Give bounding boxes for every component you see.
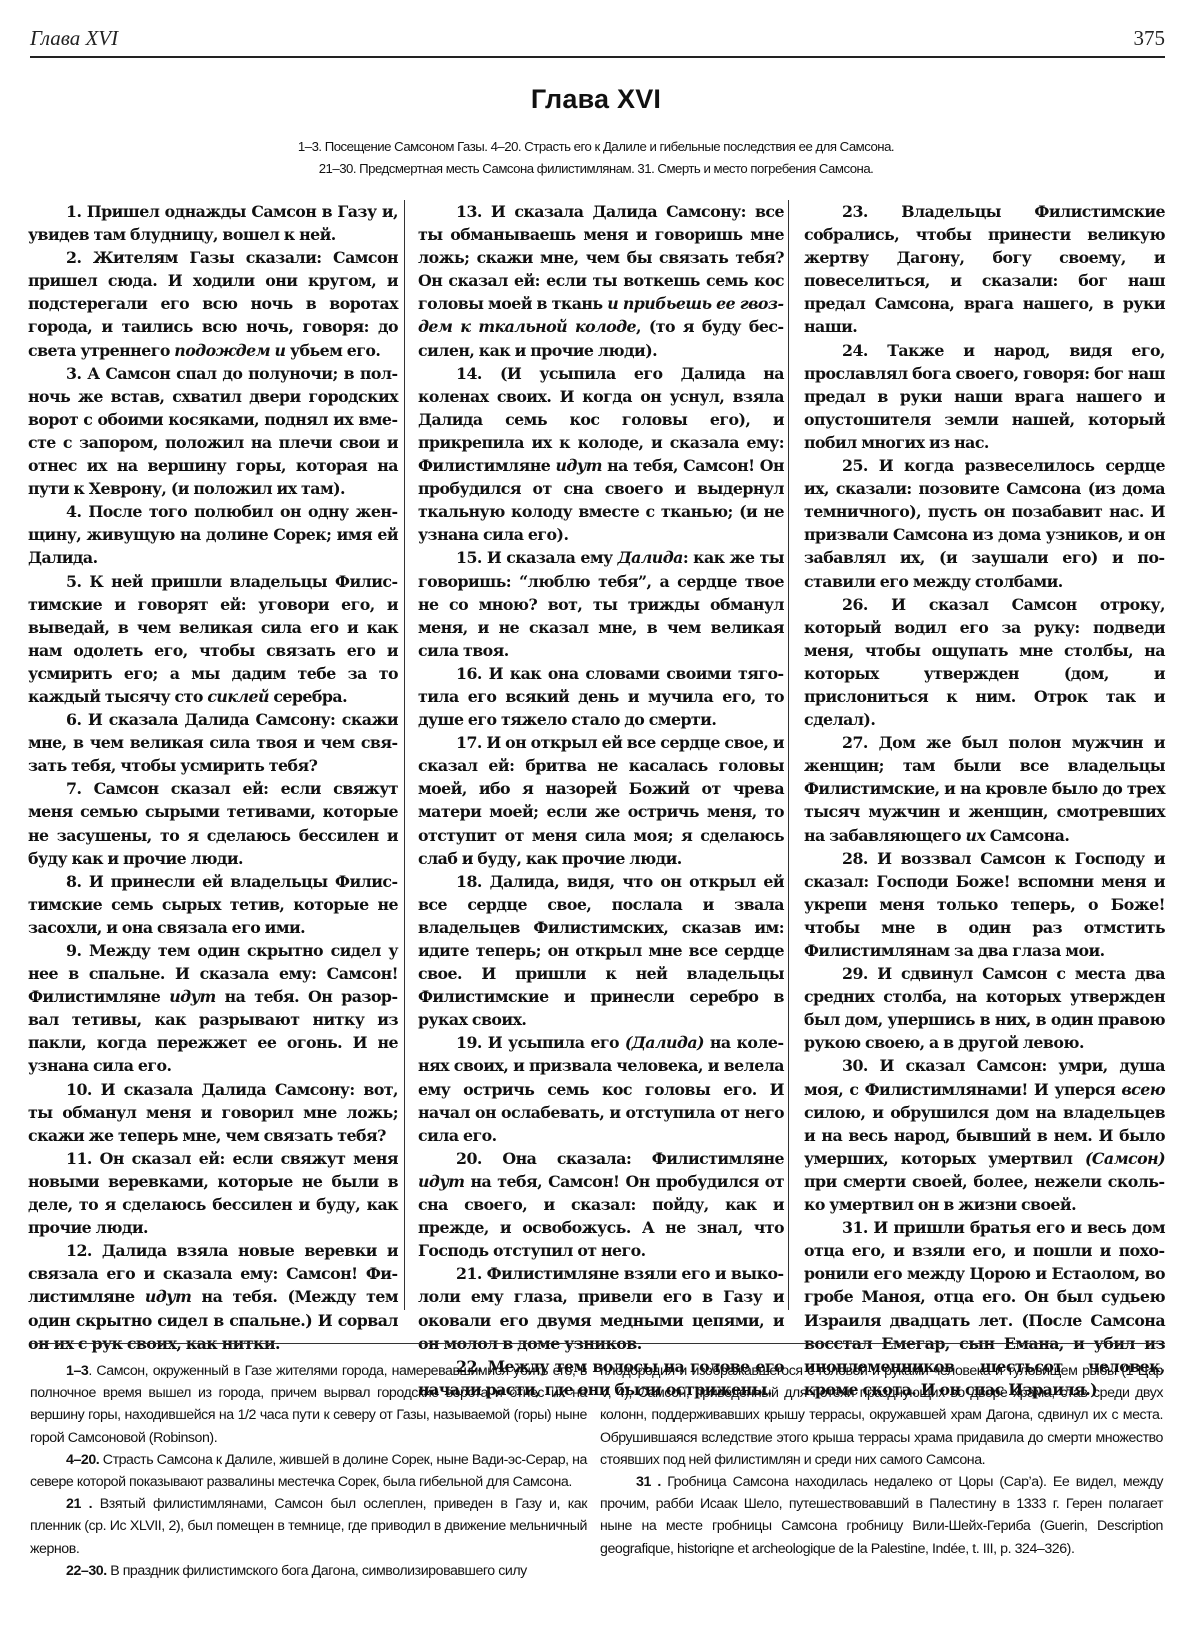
verse: 9. Между тем один скрытно сидел у нее в … bbox=[28, 939, 398, 1078]
verse: 21. Филистимляне взяли его и выко­лоли е… bbox=[418, 1262, 784, 1354]
column-divider bbox=[788, 200, 789, 1310]
column-3: 23. Владельцы Филистимские собра­лись, ч… bbox=[804, 200, 1165, 1401]
column-1: 1. Пришел однажды Самсон в Газу и, увиде… bbox=[28, 200, 398, 1355]
commentary-note: 22–30. В праздник филистимского бога Даг… bbox=[30, 1560, 587, 1582]
verse: 25. И когда развеселилось сердце их, ска… bbox=[804, 454, 1165, 593]
commentary-note: 21 . Взятый филистимлянами, Самсон был о… bbox=[30, 1493, 587, 1560]
commentary-note-continued: плодородия и изображавшегося с головой и… bbox=[600, 1360, 1163, 1471]
verse: 6. И сказала Далида Самсону: скажи мне, … bbox=[28, 708, 398, 777]
verse: 2. Жителям Газы сказали: Самсон пришел с… bbox=[28, 246, 398, 361]
verse: 27. Дом же был полон мужчин и жен­щин; т… bbox=[804, 731, 1165, 846]
verse: 14. (И усыпила его Далида на коленах сво… bbox=[418, 362, 784, 547]
verse: 3. А Самсон спал до полуночи; в пол­ночь… bbox=[28, 362, 398, 501]
verse: 20. Она сказала: Филистимляне идут на те… bbox=[418, 1147, 784, 1262]
commentary-note: 1–3. Самсон, окруженный в Газе жителями … bbox=[30, 1360, 587, 1449]
verse: 11. Он сказал ей: если свяжут меня новым… bbox=[28, 1147, 398, 1239]
verse: 4. После того полюбил он одну жен­щину, … bbox=[28, 500, 398, 569]
commentary-right: плодородия и изображавшегося с головой и… bbox=[600, 1360, 1163, 1560]
summary-line: 21–30. Предсмертная месть Самсона филист… bbox=[0, 158, 1192, 180]
header-rule bbox=[30, 56, 1165, 58]
column-divider bbox=[404, 200, 405, 1310]
verse: 1. Пришел однажды Самсон в Газу и, увиде… bbox=[28, 200, 398, 246]
verse: 29. И сдвинул Самсон с места два средних… bbox=[804, 962, 1165, 1054]
verse: 16. И как она словами своими тяго­тила е… bbox=[418, 662, 784, 731]
verse: 15. И сказала ему Далида: как же ты гово… bbox=[418, 546, 784, 661]
verse: 19. И усыпила его (Далида) на коле­нях с… bbox=[418, 1031, 784, 1146]
verse: 13. И сказала Далида Самсону: все ты обм… bbox=[418, 200, 784, 362]
verse: 7. Самсон сказал ей: если свяжут меня се… bbox=[28, 777, 398, 869]
verse: 12. Далида взяла новые веревки и связала… bbox=[28, 1239, 398, 1354]
commentary-note: 4–20. Страсть Самсона к Далиле, жившей в… bbox=[30, 1449, 587, 1493]
verse: 24. Также и народ, видя его, прослав­лял… bbox=[804, 339, 1165, 454]
summary-line: 1–3. Посещение Самсоном Газы. 4–20. Стра… bbox=[0, 136, 1192, 158]
footnote-rule bbox=[30, 1343, 1165, 1344]
verse: 18. Далида, видя, что он открыл ей все с… bbox=[418, 870, 784, 1032]
verse-columns: 1. Пришел однажды Самсон в Газу и, увиде… bbox=[28, 200, 1165, 1310]
running-head-chapter: Глава XVI bbox=[30, 26, 118, 51]
running-head: Глава XVI 375 bbox=[30, 22, 1165, 52]
page-number: 375 bbox=[1134, 26, 1166, 51]
verse: 5. К ней пришли владельцы Филис­тимские … bbox=[28, 570, 398, 709]
verse: 30. И сказал Самсон: умри, душа моя, с Ф… bbox=[804, 1054, 1165, 1216]
verse: 26. И сказал Самсон отроку, который води… bbox=[804, 593, 1165, 732]
verse: 8. И принесли ей владельцы Филис­тимские… bbox=[28, 870, 398, 939]
commentary-left: 1–3. Самсон, окруженный в Газе жителями … bbox=[30, 1360, 587, 1582]
chapter-title: Глава XVI bbox=[0, 84, 1192, 115]
verse: 17. И он открыл ей все сердце свое, и ск… bbox=[418, 731, 784, 870]
column-2: 13. И сказала Далида Самсону: все ты обм… bbox=[418, 200, 784, 1401]
commentary-note: 31 . Гробница Самсона находилась недалек… bbox=[600, 1471, 1163, 1560]
verse: 23. Владельцы Филистимские собра­лись, ч… bbox=[804, 200, 1165, 339]
verse: 28. И воззвал Самсон к Господу и ска­зал… bbox=[804, 847, 1165, 962]
chapter-summary: 1–3. Посещение Самсоном Газы. 4–20. Стра… bbox=[0, 136, 1192, 180]
verse: 10. И сказала Далида Самсону: вот, ты об… bbox=[28, 1078, 398, 1147]
